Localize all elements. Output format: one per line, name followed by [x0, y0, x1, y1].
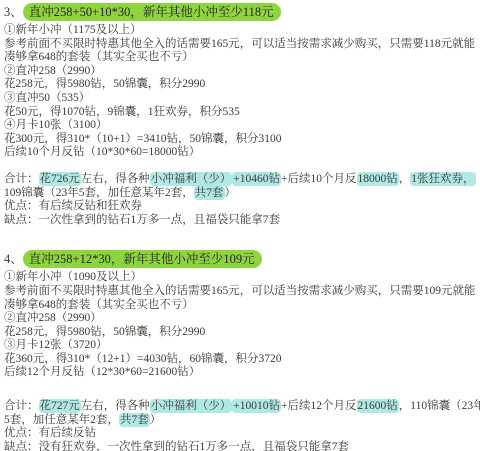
text-line: 参考前面不买限时特惠其他全入的话需要165元，可以适当按需求减少购买，只需要10… [4, 285, 476, 299]
page: { "page": { "background_color": "#ffffff… [0, 0, 480, 451]
summary-segment-highlight: 21600钻 [357, 399, 399, 413]
text-line: 后续10个月反钻（10*30*60=18000钻） [4, 146, 476, 160]
summary-segment-highlight: 花726元 [39, 172, 81, 186]
cons-line: 缺点：一次性拿到的钻石1万多一点，且福袋只能拿7套 [4, 214, 476, 228]
summary-segment: 合计： [4, 173, 39, 185]
notes-document: 3、直冲258+50+10*30，新年其他小冲至少118元 ①新年小冲（1175… [0, 0, 480, 451]
summary-segment: 5套，加任意某年2套， [4, 414, 119, 426]
text-line: 参考前面不买限时特惠其他全入的话需要165元，可以适当按需求减少购买，只需要11… [4, 38, 476, 52]
summary-segment: ） [150, 414, 162, 426]
text-line: 凑够拿648的套装（其实全买也不亏） [4, 299, 476, 313]
summary-segment: 左右，得各种 [81, 173, 150, 185]
summary-segment-highlight: 共7套 [119, 413, 150, 427]
text-line: 花300元，得310*（10+1）=3410钻，50锦囊，积分3100 [4, 133, 476, 147]
plan-3-heading: 3、直冲258+50+10*30，新年其他小冲至少118元 [4, 3, 476, 21]
plan-3-section: 3、直冲258+50+10*30，新年其他小冲至少118元 ①新年小冲（1175… [4, 3, 476, 227]
pros-line: 优点：有后续反钻和狂欢券 [4, 200, 476, 214]
text-line: 凑够拿648的套装（其实全买也不亏） [4, 51, 476, 65]
plan-4-heading: 4、直冲258+12*30，新年其他小冲至少109元 [4, 250, 476, 268]
summary-segment-highlight: 小冲福利（少） [150, 399, 233, 413]
summary-segment-highlight: 共7套 [194, 186, 225, 200]
text-line: 花258元，得5980钻，50锦囊，积分2990 [4, 78, 476, 92]
text-line: 花50元，得1070钻，9锦囊，1狂欢券，积分535 [4, 106, 476, 120]
summary-line-2: 5套，加任意某年2套，共7套） [4, 414, 476, 428]
summary-line-1: 合计：花727元左右，得各种小冲福利（少）+10010钻+后续12个月反2160… [4, 400, 476, 414]
text-line: 后续12个月反钻（12*30*60=21600钻） [4, 366, 476, 380]
summary-segment-highlight: 小冲福利（少） [150, 172, 233, 186]
heading-title-highlight: 直冲258+50+10*30，新年其他小冲至少118元 [23, 3, 281, 21]
plan-4-section: 4、直冲258+12*30，新年其他小冲至少109元 ①新年小冲（1090及以上… [4, 250, 476, 451]
text-line: 花360元，得310*（12+1）=4030钻，60锦囊，积分3720 [4, 353, 476, 367]
pros-line: 优点：有后续反钻 [4, 427, 476, 441]
summary-segment: ） [225, 187, 237, 199]
summary-segment-highlight: 花727元 [39, 399, 81, 413]
text-line: ②直冲258（2990） [4, 65, 476, 79]
summary-segment: 109锦囊（23年5套，加任意某年2套， [4, 187, 194, 199]
summary-segment: 合计： [4, 400, 39, 412]
heading-number: 3、 [4, 5, 23, 19]
text-line: 花258元，得5980钻，50锦囊，积分2990 [4, 326, 476, 340]
summary-line-2: 109锦囊（23年5套，加任意某年2套，共7套） [4, 187, 476, 201]
text-line: ①新年小冲（1090及以上） [4, 271, 476, 285]
text-line: ②直冲258（2990） [4, 312, 476, 326]
summary-segment: 左右，得各种 [81, 400, 150, 412]
summary-segment-highlight: 18000钻 [357, 172, 399, 186]
summary-segment-highlight: +10010钻 [232, 399, 281, 413]
summary-segment-highlight: +10460钻 [232, 172, 281, 186]
cons-line: 缺点：没有狂欢券，一次性拿到的钻石1万多一点，且福袋只能拿7套 [4, 441, 476, 451]
summary-segment: +后续12个月反 [281, 400, 357, 412]
summary-segment: ，110锦囊（23年 [399, 400, 480, 412]
summary-segment: ， [399, 173, 411, 185]
heading-number: 4、 [4, 252, 23, 266]
summary-segment-highlight: 1张狂欢券， [410, 172, 475, 186]
text-line: ④月卡10张（3100） [4, 119, 476, 133]
summary-segment: +后续10个月反 [281, 173, 357, 185]
summary-line-1: 合计：花726元左右，得各种小冲福利（少）+10460钻+后续10个月反1800… [4, 173, 476, 187]
text-line: ③月卡12张（3720） [4, 339, 476, 353]
heading-title-highlight: 直冲258+12*30，新年其他小冲至少109元 [23, 250, 262, 268]
text-line: ③直冲50（535） [4, 92, 476, 106]
text-line: ①新年小冲（1175及以上） [4, 24, 476, 38]
